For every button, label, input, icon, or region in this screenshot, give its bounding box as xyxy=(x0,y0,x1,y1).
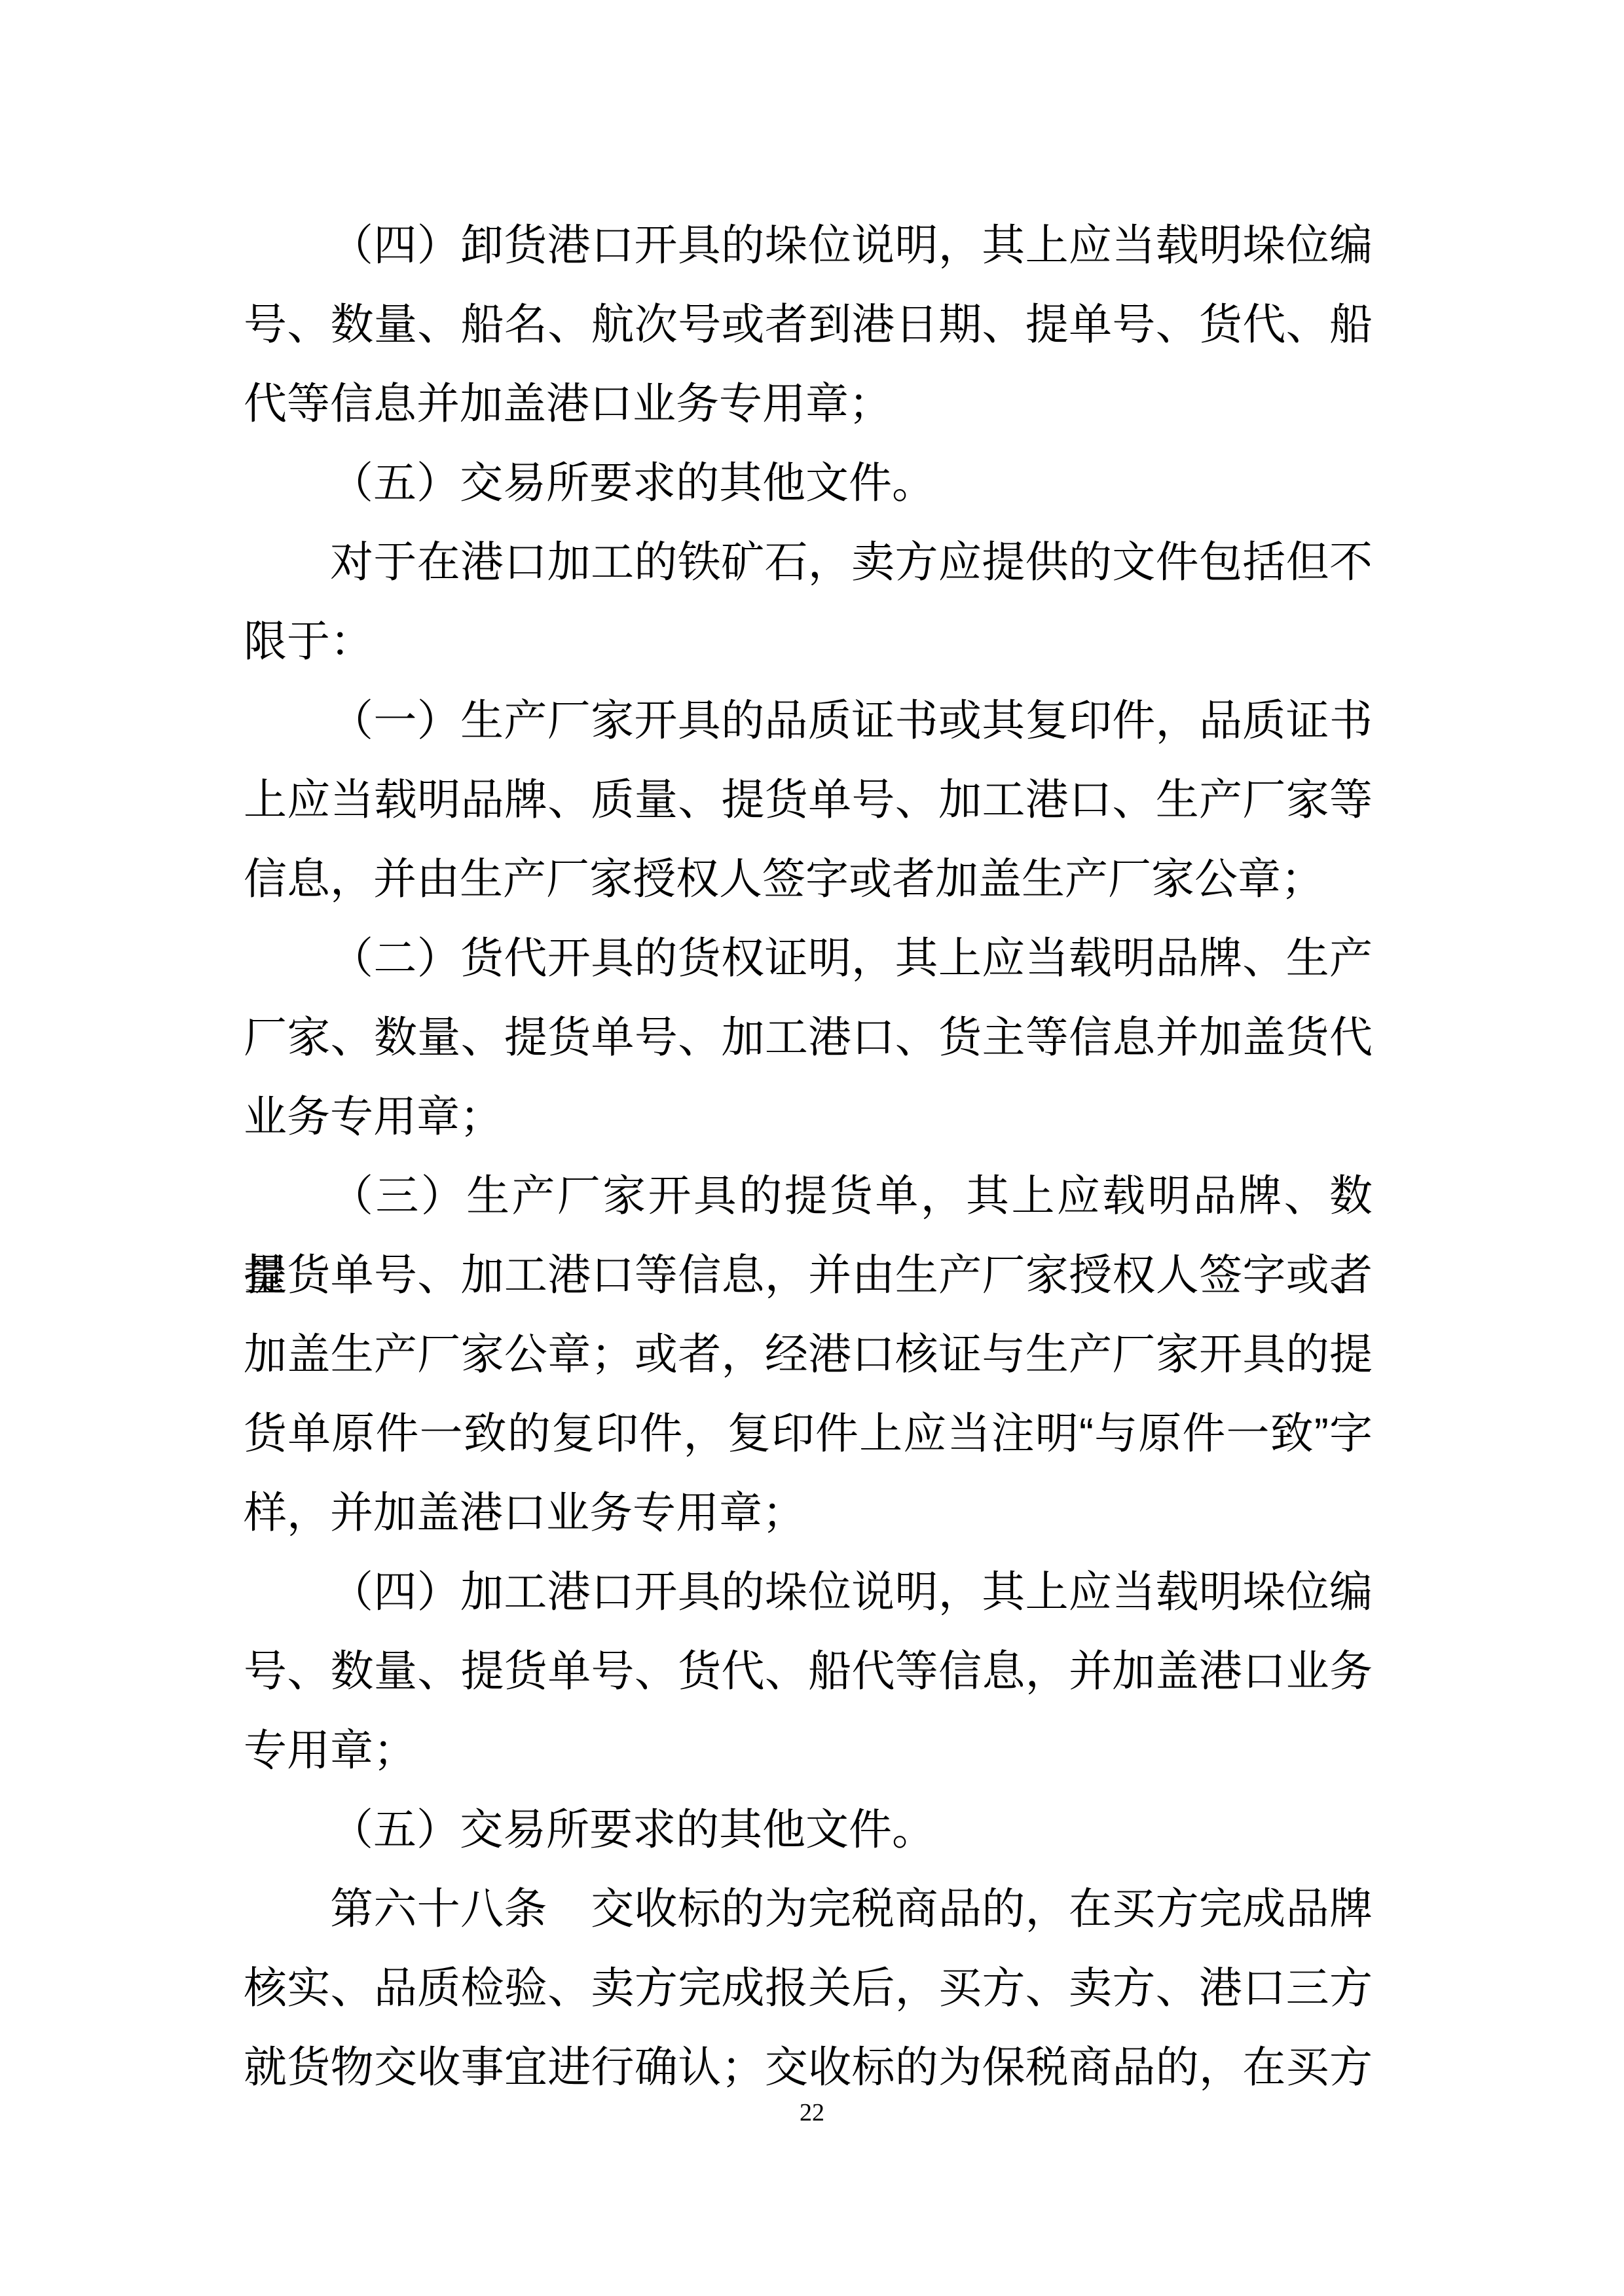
text-line: 上应当载明品牌、质量、提货单号、加工港口、生产厂家等 xyxy=(244,760,1373,839)
text-line: （五）交易所要求的其他文件。 xyxy=(244,443,1373,522)
text-line: （一）生产厂家开具的品质证书或其复印件，品质证书 xyxy=(244,681,1373,760)
text-line: （二）货代开具的货权证明，其上应当载明品牌、生产 xyxy=(244,919,1373,998)
text-line: 限于： xyxy=(244,602,1373,681)
text-line: （四）加工港口开具的垛位说明，其上应当载明垛位编 xyxy=(244,1552,1373,1631)
text-line: （五）交易所要求的其他文件。 xyxy=(244,1790,1373,1869)
text-line: 货单原件一致的复印件，复印件上应当注明“与原件一致”字 xyxy=(244,1394,1373,1473)
text-line: 号、数量、提货单号、货代、船代等信息，并加盖港口业务 xyxy=(244,1631,1373,1711)
text-line: 业务专用章； xyxy=(244,1077,1373,1156)
text-line: 专用章； xyxy=(244,1711,1373,1790)
text-line: 加盖生产厂家公章；或者，经港口核证与生产厂家开具的提 xyxy=(244,1315,1373,1394)
text-body: （四）卸货港口开具的垛位说明，其上应当载明垛位编号、数量、船名、航次号或者到港日… xyxy=(244,206,1373,2107)
text-line: 核实、品质检验、卖方完成报关后，买方、卖方、港口三方 xyxy=(244,1948,1373,2028)
text-line: 厂家、数量、提货单号、加工港口、货主等信息并加盖货代 xyxy=(244,998,1373,1077)
text-line: （三）生产厂家开具的提货单，其上应载明品牌、数量、 xyxy=(244,1156,1373,1235)
page-number: 22 xyxy=(0,2098,1624,2127)
text-line: 第六十八条 交收标的为完税商品的，在买方完成品牌 xyxy=(244,1869,1373,1948)
text-line: 代等信息并加盖港口业务专用章； xyxy=(244,364,1373,443)
text-line: （四）卸货港口开具的垛位说明，其上应当载明垛位编 xyxy=(244,206,1373,285)
text-line: 对于在港口加工的铁矿石，卖方应提供的文件包括但不 xyxy=(244,522,1373,602)
text-line: 信息，并由生产厂家授权人签字或者加盖生产厂家公章； xyxy=(244,839,1373,919)
text-line: 样，并加盖港口业务专用章； xyxy=(244,1473,1373,1552)
text-line: 就货物交收事宜进行确认；交收标的为保税商品的，在买方 xyxy=(244,2028,1373,2107)
document-page: （四）卸货港口开具的垛位说明，其上应当载明垛位编号、数量、船名、航次号或者到港日… xyxy=(0,0,1624,2296)
text-line: 提货单号、加工港口等信息，并由生产厂家授权人签字或者 xyxy=(244,1235,1373,1315)
text-line: 号、数量、船名、航次号或者到港日期、提单号、货代、船 xyxy=(244,285,1373,364)
